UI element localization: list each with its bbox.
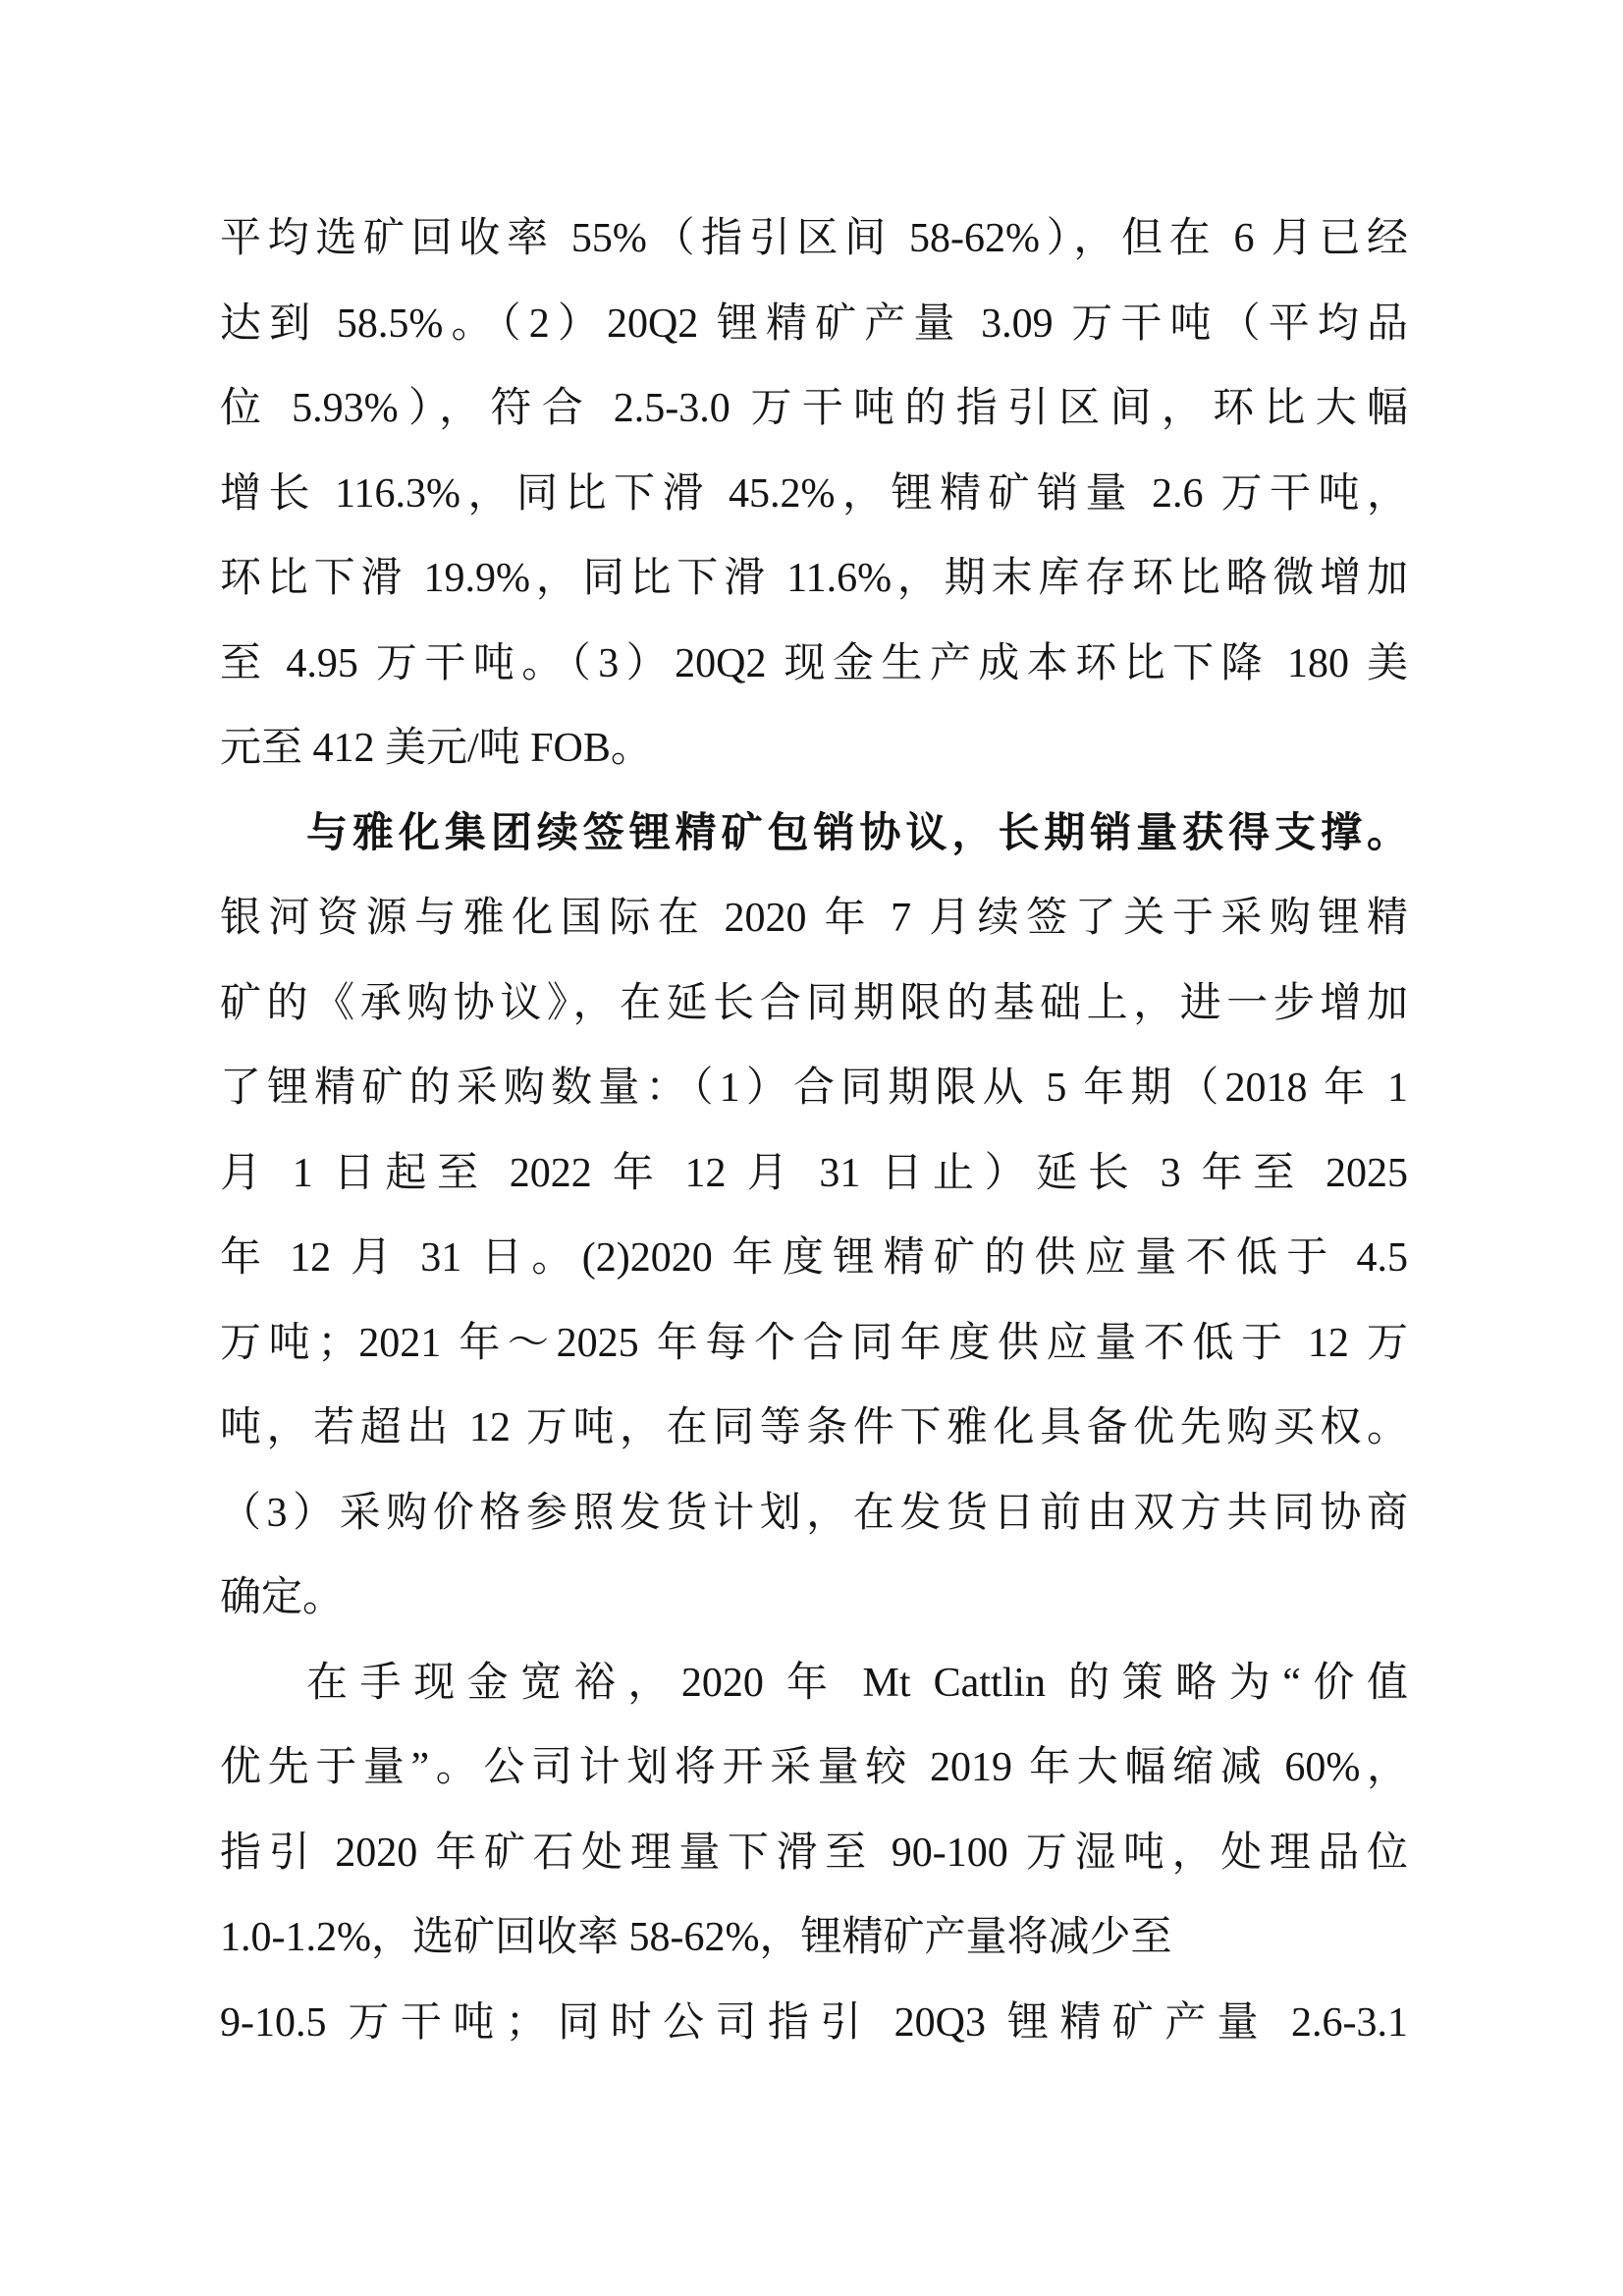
report-text-block: 平均选矿回收率 55%（指引区间 58-62%），但在 6 月已经 达到 58.… <box>220 196 1408 2065</box>
text-line: 在手现金宽裕，2020 年 Mt Cattlin 的策略为“价值 <box>220 1641 1408 1726</box>
paragraph-production: 平均选矿回收率 55%（指引区间 58-62%），但在 6 月已经 达到 58.… <box>220 196 1408 792</box>
text-line: 吨，若超出 12 万吨，在同等条件下雅化具备优先购买权。 <box>220 1386 1408 1471</box>
text-line: 了锂精矿的采购数量：（1）合同期限从 5 年期（2018 年 1 <box>220 1046 1408 1131</box>
text-line: 至 4.95 万干吨。（3）20Q2 现金生产成本环比下降 180 美 <box>220 622 1408 707</box>
paragraph-2020-strategy: 在手现金宽裕，2020 年 Mt Cattlin 的策略为“价值 优先于量”。公… <box>220 1641 1408 2066</box>
text-line: 矿的《承购协议》，在延长合同期限的基础上，进一步增加 <box>220 961 1408 1047</box>
text-line: 增长 116.3%，同比下滑 45.2%，锂精矿销量 2.6 万干吨， <box>220 452 1408 537</box>
text-line: 位 5.93%），符合 2.5-3.0 万干吨的指引区间，环比大幅 <box>220 366 1408 452</box>
text-line: 达到 58.5%。（2）20Q2 锂精矿产量 3.09 万干吨（平均品 <box>220 282 1408 367</box>
text-line: 月 1 日起至 2022 年 12 月 31 日止）延长 3 年至 2025 <box>220 1131 1408 1217</box>
paragraph-offtake-agreement: 与雅化集团续签锂精矿包销协议，长期销量获得支撑。 银河资源与雅化国际在 2020… <box>220 792 1408 1641</box>
text-line: 银河资源与雅化国际在 2020 年 7 月续签了关于采购锂精 <box>220 876 1408 961</box>
text-line: 优先于量”。公司计划将开采量较 2019 年大幅缩减 60%， <box>220 1725 1408 1811</box>
text-line: 9-10.5 万干吨；同时公司指引 20Q3 锂精矿产量 2.6-3.1 <box>220 1981 1408 2066</box>
text-line: （3）采购价格参照发货计划，在发货日前由双方共同协商 <box>220 1471 1408 1557</box>
document-page: 平均选矿回收率 55%（指引区间 58-62%），但在 6 月已经 达到 58.… <box>0 0 1623 2296</box>
text-line: 平均选矿回收率 55%（指引区间 58-62%），但在 6 月已经 <box>220 196 1408 282</box>
text-line: 确定。 <box>220 1556 1408 1641</box>
text-line: 元至 412 美元/吨 FOB。 <box>220 706 1408 792</box>
text-line: 1.0-1.2%，选矿回收率 58-62%，锂精矿产量将减少至 <box>220 1895 1408 1981</box>
text-line: 环比下滑 19.9%，同比下滑 11.6%，期末库存环比略微增加 <box>220 536 1408 622</box>
section-heading: 与雅化集团续签锂精矿包销协议，长期销量获得支撑。 <box>220 792 1408 877</box>
text-line: 年 12 月 31 日。(2)2020 年度锂精矿的供应量不低于 4.5 <box>220 1216 1408 1301</box>
text-line: 万吨；2021 年～2025 年每个合同年度供应量不低于 12 万 <box>220 1301 1408 1387</box>
text-line: 指引 2020 年矿石处理量下滑至 90-100 万湿吨，处理品位 <box>220 1811 1408 1896</box>
